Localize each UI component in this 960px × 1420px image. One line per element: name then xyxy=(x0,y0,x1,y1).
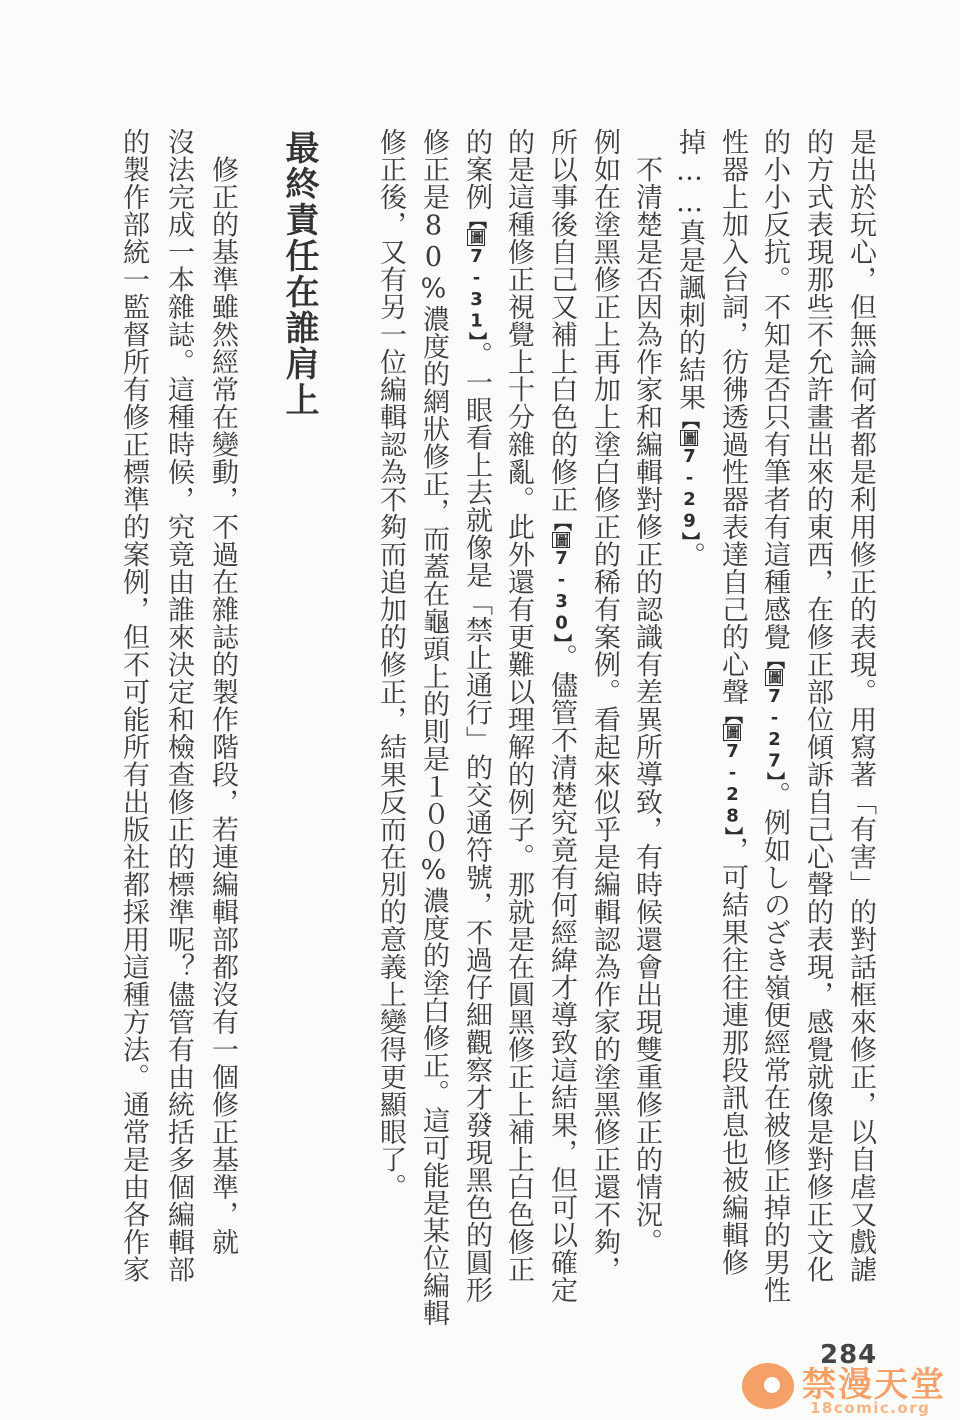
text-column: 修正的基準雖然經常在變動，不過在雜誌的製作階段，若連編輯部都沒有一個修正基準，就 xyxy=(206,128,238,1256)
watermark-url: 18comic.org xyxy=(810,1399,930,1417)
text-run: 的是這種修正視覺上十分雜亂。此外還有更難以理解的例子。那就是在圓黑修正上補上白色… xyxy=(503,128,534,1283)
figure-glyph-icon: 圖 xyxy=(552,532,570,549)
text-run: 沒法完成一本雜誌。這種時候，究竟由誰來決定和檢查修正的標準呢？儘管有由統括多個編… xyxy=(163,128,194,1283)
text-run: 的製作部統一監督所有修正標準的案例，但不可能所有出版社都採用這種方法。通常是由各… xyxy=(118,128,149,1283)
text-column: 的案例【圖7-31】。一眼看上去就像是「禁止通行」的交通符號，不過仔細觀察才發現… xyxy=(460,128,492,1304)
text-run: 修正是80%濃度的網狀修正，而蓋在龜頭上的則是１００%濃度的塗白修正。這可能是某… xyxy=(418,128,449,1327)
figure-glyph-icon: 圖 xyxy=(765,669,783,686)
watermark: 禁漫天堂 18comic.org xyxy=(740,1355,960,1420)
text-run: 性器上加入台詞，彷彿透過性器表達自己的心聲 xyxy=(717,128,748,706)
figure-reference: 【圖7-30】 xyxy=(551,513,572,644)
text-column: 所以事後自己又補上白色的修正【圖7-30】。儘管不清楚究竟有何經緯才導致這結果，… xyxy=(545,128,577,1304)
text-column: 的方式表現那些不允許畫出來的東西，在修正部位傾訴自己心聲的表現，感覺就像是對修正… xyxy=(801,128,833,1283)
text-run: 。例如しのざき嶺便經常在被修正掉的男性 xyxy=(759,781,790,1304)
figure-glyph-icon: 圖 xyxy=(723,724,741,741)
section-heading: 最終責任在誰肩上 xyxy=(281,130,317,418)
text-run: 修正的基準雖然經常在變動，不過在雜誌的製作階段，若連編輯部都沒有一個修正基準，就 xyxy=(207,128,238,1256)
text-column: 性器上加入台詞，彷彿透過性器表達自己的心聲【圖7-28】，可結果往往連那段訊息也… xyxy=(716,128,748,1276)
text-column: 沒法完成一本雜誌。這種時候，究竟由誰來決定和檢查修正的標準呢？儘管有由統括多個編… xyxy=(162,128,194,1283)
text-run: 掉……真是諷刺的結果 xyxy=(674,128,705,411)
text-run: 。 xyxy=(674,542,705,570)
text-column: 的是這種修正視覺上十分雜亂。此外還有更難以理解的例子。那就是在圓黑修正上補上白色… xyxy=(502,128,534,1283)
figure-reference: 【圖7-31】 xyxy=(466,211,487,342)
text-run: ，可結果往往連那段訊息也被編輯修 xyxy=(717,836,748,1276)
text-column: 不清楚是否因為作家和編輯對修正的認識有差異所導致，有時候還會出現雙重修正的情況。 xyxy=(630,128,662,1256)
text-run: 是出於玩心，但無論何者都是利用修正的表現。用寫著「有害」的對話框來修正，以自虐又… xyxy=(845,128,876,1283)
text-column: 是出於玩心，但無論何者都是利用修正的表現。用寫著「有害」的對話框來修正，以自虐又… xyxy=(844,128,876,1283)
text-run: 的方式表現那些不允許畫出來的東西，在修正部位傾訴自己心聲的表現，感覺就像是對修正… xyxy=(802,128,833,1283)
text-column: 掉……真是諷刺的結果【圖7-29】。 xyxy=(673,128,705,569)
text-run: 所以事後自己又補上白色的修正 xyxy=(546,128,577,513)
text-column: 修正後，又有另一位編輯認為不夠而追加的修正，結果反而在別的意義上變得更顯眼了。 xyxy=(374,128,406,1201)
text-column: 的小小反抗。不知是否只有筆者有這種感覺【圖7-27】。例如しのざき嶺便經常在被修… xyxy=(758,128,790,1304)
whale-logo-icon xyxy=(742,1363,794,1409)
text-run: 修正後，又有另一位編輯認為不夠而追加的修正，結果反而在別的意義上變得更顯眼了。 xyxy=(375,128,406,1201)
text-run: 。儘管不清楚究竟有何經緯才導致這結果，但可以確定 xyxy=(546,644,577,1304)
figure-reference: 【圖7-28】 xyxy=(722,706,743,837)
text-column: 例如在塗黑修正上再加上塗白修正的稀有案例。看起來似乎是編輯認為作家的塗黑修正還不… xyxy=(588,128,620,1283)
figure-reference: 【圖7-29】 xyxy=(679,411,700,542)
text-column: 修正是80%濃度的網狀修正，而蓋在龜頭上的則是１００%濃度的塗白修正。這可能是某… xyxy=(417,128,449,1327)
figure-glyph-icon: 圖 xyxy=(680,430,698,447)
text-run: 。一眼看上去就像是「禁止通行」的交通符號，不過仔細觀察才發現黑色的圓形 xyxy=(461,341,492,1304)
text-run: 的案例 xyxy=(461,128,492,211)
text-run: 例如在塗黑修正上再加上塗白修正的稀有案例。看起來似乎是編輯認為作家的塗黑修正還不… xyxy=(589,128,620,1283)
text-run: 不清楚是否因為作家和編輯對修正的認識有差異所導致，有時候還會出現雙重修正的情況。 xyxy=(631,128,662,1256)
figure-glyph-icon: 圖 xyxy=(467,229,485,246)
figure-reference: 【圖7-27】 xyxy=(764,651,785,782)
text-column: 的製作部統一監督所有修正標準的案例，但不可能所有出版社都採用這種方法。通常是由各… xyxy=(117,128,149,1283)
text-run: 的小小反抗。不知是否只有筆者有這種感覺 xyxy=(759,128,790,651)
